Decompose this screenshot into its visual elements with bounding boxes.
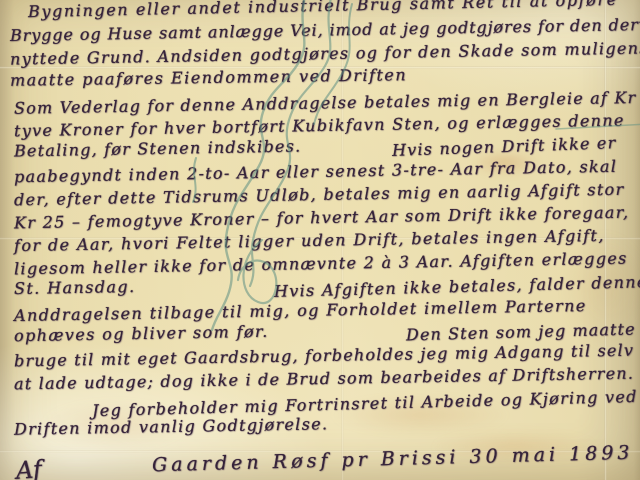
manuscript-line: ophæves og bliver som før. [14,324,269,345]
scanned-letter-page: Bygningen eller andet industrielt Brug s… [0,0,640,480]
manuscript-line: St. Hansdag. [14,279,136,298]
manuscript-line: Jeg forbeholder mig Fortrinsret til Arbe… [92,389,638,420]
manuscript-line: Betaling, før Stenen indskibes. [14,138,302,160]
manuscript-lines: Bygningen eller andet industrielt Brug s… [0,0,640,480]
manuscript-line: Anddragelsen tilbage til mig, og Forhold… [14,298,587,325]
manuscript-line: nyttede Grund. Andsiden godtgjøres og fo… [10,40,640,68]
manuscript-line: maatte paaføres Eiendommen ved Driften [10,67,407,89]
manuscript-line: Gaarden Røsf pr Brissi 30 mai 1893 [152,444,634,477]
manuscript-line: Hvis nogen Drift ikke er [392,135,617,160]
manuscript-line: Af [15,457,42,480]
manuscript-line: Driften imod vanlig Godtgjørelse. [14,416,329,438]
